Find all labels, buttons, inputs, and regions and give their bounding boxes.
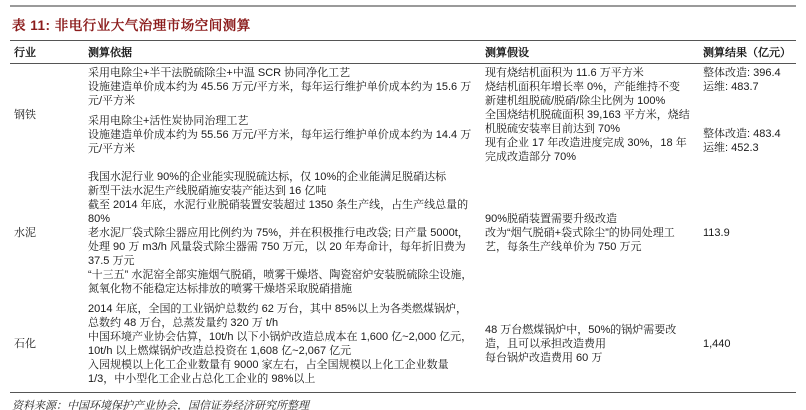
assumption-line: 每台锅炉改造费用 60 万	[485, 351, 695, 365]
basis-line: 我国水泥行业 90%的企业能实现脱硫达标，仅 10%的企业能满足脱硝达标	[88, 170, 475, 184]
column-header-basis: 测算依据	[88, 44, 485, 60]
assumption-line: 新建机组脱硫/脱硝/除尘比例为 100%	[485, 94, 695, 108]
basis-block-1: 采用电除尘+半干法脱硫除尘+中温 SCR 协同净化工艺 设施建造单价成本约为 4…	[88, 66, 475, 108]
basis-block-2: 采用电除尘+活性炭协同治理工艺 设施建造单价成本约为 55.56 万元/平方米，…	[88, 114, 475, 156]
result-line: 运维: 452.3	[703, 141, 796, 155]
result-cell-petrochemical: 1,440	[703, 302, 796, 386]
result-line: 整体改造: 483.4	[703, 127, 796, 141]
assumption-line: 现有烧结机面积为 11.6 万平方米	[485, 66, 695, 80]
basis-cell-steel: 采用电除尘+半干法脱硫除尘+中温 SCR 协同净化工艺 设施建造单价成本约为 4…	[88, 66, 485, 164]
table-row-steel: 钢铁 采用电除尘+半干法脱硫除尘+中温 SCR 协同净化工艺 设施建造单价成本约…	[10, 64, 796, 168]
basis-line: 采用电除尘+半干法脱硫除尘+中温 SCR 协同净化工艺	[88, 66, 475, 80]
table-row-petrochemical: 石化 2014 年底，全国的工业锅炉总数约 62 万台，其中 85%以上为各类燃…	[10, 300, 796, 390]
assumption-cell-steel: 现有烧结机面积为 11.6 万平方米 烧结机面积年增长率 0%，产能维持不变 新…	[485, 66, 703, 164]
assumption-line: 现有企业 17 年改造进度完成 30%，18 年完成改造部分 70%	[485, 136, 695, 164]
assumption-line: 90%脱硝装置需要升级改造	[485, 212, 695, 226]
basis-cell-petrochemical: 2014 年底，全国的工业锅炉总数约 62 万台，其中 85%以上为各类燃煤锅炉…	[88, 302, 485, 386]
industry-cell-petrochemical: 石化	[10, 302, 88, 386]
research-table-page: 表 11: 非电行业大气治理市场空间测算 行业 测算依据 测算假设 测算结果（亿…	[0, 0, 806, 410]
table-header-row: 行业 测算依据 测算假设 测算结果（亿元）	[10, 40, 796, 64]
basis-line: 采用电除尘+活性炭协同治理工艺	[88, 114, 475, 128]
result-block-1: 整体改造: 396.4 运维: 483.7	[703, 66, 796, 94]
basis-line: 设施建造单价成本约为 55.56 万元/平方米，每年运行维护单价成本约为 14.…	[88, 128, 475, 156]
assumption-cell-petrochemical: 48 万台燃煤锅炉中，50%的锅炉需要改造，且可以承担改造费用 每台锅炉改造费用…	[485, 302, 703, 386]
result-line: 整体改造: 396.4	[703, 66, 796, 80]
table-title: 表 11: 非电行业大气治理市场空间测算	[10, 7, 796, 40]
result-block-2: 整体改造: 483.4 运维: 452.3	[703, 127, 796, 155]
result-cell-cement: 113.9	[703, 170, 796, 296]
basis-line: 入园规模以上化工企业数量有 9000 家左右，占全国规模以上化工企业数量 1/3…	[88, 358, 475, 386]
result-cell-steel: 整体改造: 396.4 运维: 483.7 整体改造: 483.4 运维: 45…	[703, 66, 796, 164]
assumption-line: 烧结机面积年增长率 0%，产能维持不变	[485, 80, 695, 94]
column-header-result: 测算结果（亿元）	[703, 44, 796, 60]
basis-line: 设施建造单价成本约为 45.56 万元/平方米，每年运行维护单价成本约为 15.…	[88, 80, 475, 108]
assumption-line: 48 万台燃煤锅炉中，50%的锅炉需要改造，且可以承担改造费用	[485, 323, 695, 351]
assumption-line: 改为“烟气脱硝+袋式除尘”的协同处理工艺，每条生产线单价为 750 万元	[485, 226, 695, 254]
basis-line: 新型干法水泥生产线脱硝施安装产能达到 16 亿吨	[88, 184, 475, 198]
basis-cell-cement: 我国水泥行业 90%的企业能实现脱硫达标，仅 10%的企业能满足脱硝达标 新型干…	[88, 170, 485, 296]
basis-line: “十三五” 水泥窑全部实施烟气脱硝，喷雾干燥塔、陶瓷窑炉安装脱硫除尘设施，氮氧化…	[88, 268, 475, 296]
result-value: 113.9	[703, 226, 796, 240]
basis-line: 截至 2014 年底，水泥行业脱硝装置安装超过 1350 条生产线，占生产线总量…	[88, 198, 475, 226]
assumption-line: 全国烧结机脱硫面积 39,163 平方米，烧结机脱硫安装率目前达到 70%	[485, 108, 695, 136]
industry-cell-cement: 水泥	[10, 170, 88, 296]
basis-line: 2014 年底，全国的工业锅炉总数约 62 万台，其中 85%以上为各类燃煤锅炉…	[88, 302, 475, 330]
result-line: 运维: 483.7	[703, 80, 796, 94]
basis-line: 老水泥厂袋式除尘器应用比例约为 75%，并在积极推行电改袋; 日产量 5000t…	[88, 226, 475, 268]
column-header-industry: 行业	[10, 44, 88, 60]
assumption-cell-cement: 90%脱硝装置需要升级改造 改为“烟气脱硝+袋式除尘”的协同处理工艺，每条生产线…	[485, 170, 703, 296]
result-value: 1,440	[703, 337, 796, 351]
basis-line: 中国环境产业协会估算，10t/h 以下小锅炉改造总成本在 1,600 亿~2,0…	[88, 330, 475, 358]
industry-cell-steel: 钢铁	[10, 66, 88, 164]
table-row-cement: 水泥 我国水泥行业 90%的企业能实现脱硫达标，仅 10%的企业能满足脱硝达标 …	[10, 168, 796, 300]
column-header-assumption: 测算假设	[485, 44, 703, 60]
source-note: 资料来源：中国环境保护产业协会，国信证券经济研究所整理	[10, 393, 796, 410]
